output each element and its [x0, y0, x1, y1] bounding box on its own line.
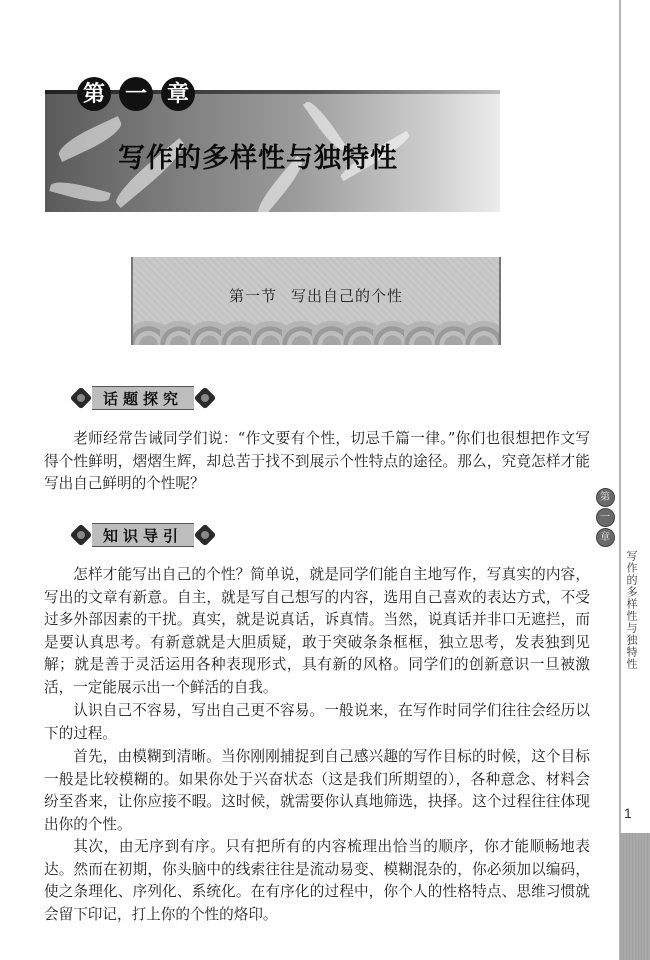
- chapter-title: 写作的多样性与独特性: [118, 136, 398, 175]
- chapter-number: 第 一 章: [77, 77, 195, 111]
- chapter-number-char: 章: [161, 77, 195, 111]
- page-edge-line: [619, 0, 621, 960]
- topic-label-text: 知识导引: [92, 523, 194, 547]
- body-paragraph: 认识自己不容易，写出自己更不容易。一般说来，在写作时同学们往往会经历以下的过程。: [44, 700, 590, 745]
- margin-chapter-char: 第: [596, 488, 615, 507]
- margin-chapter-title: 写作的多样性与独特性: [622, 550, 638, 670]
- topic-label-guide: 知识导引: [70, 522, 216, 548]
- chapter-number-char: 一: [119, 77, 153, 111]
- wave-pattern-decoration: [133, 321, 499, 345]
- ornament-icon: [70, 387, 92, 409]
- margin-chapter-char: 一: [596, 508, 615, 527]
- margin-chapter-char: 章: [596, 528, 615, 547]
- margin-thumb-tab: [620, 833, 650, 960]
- section-title: 写出自己的个性: [291, 287, 403, 305]
- chapter-number-char: 第: [77, 77, 111, 111]
- section-banner: 第一节写出自己的个性: [131, 257, 501, 345]
- body-paragraph: 怎样才能写出自己的个性？简单说，就是同学们能自主地写作，写真实的内容，写出的文章…: [44, 564, 590, 700]
- body-paragraph: 首先，由模糊到清晰。当你刚刚捕捉到自己感兴趣的写作目标的时候，这个目标一般是比较…: [44, 746, 590, 836]
- ornament-icon: [194, 387, 216, 409]
- intro-paragraph: 老师经常告诫同学们说：“作文要有个性，切忌千篇一律。”你们也很想把作文写得个性鲜…: [44, 428, 590, 496]
- leaf-decoration: [54, 116, 125, 162]
- section-label: 第一节: [229, 287, 277, 305]
- margin-chapter-marker: 第 一 章: [593, 488, 617, 547]
- leaf-decoration: [49, 177, 111, 206]
- ornament-icon: [194, 524, 216, 546]
- ornament-icon: [70, 524, 92, 546]
- topic-label-explore: 话题探究: [70, 385, 216, 411]
- topic-label-text: 话题探究: [92, 386, 194, 410]
- body-paragraph: 其次，由无序到有序。只有把所有的内容梳理出恰当的顺序，你才能顺畅地表达。然而在初…: [44, 836, 590, 926]
- section-heading: 第一节写出自己的个性: [133, 285, 499, 306]
- page-number: 1: [624, 805, 632, 821]
